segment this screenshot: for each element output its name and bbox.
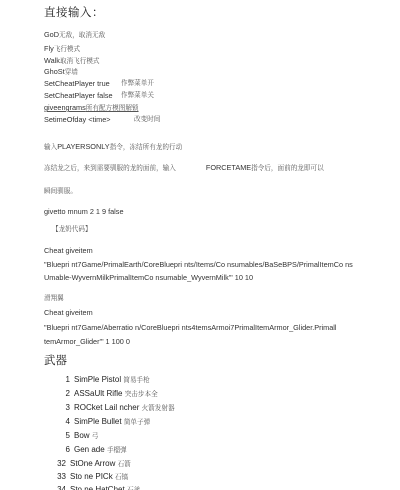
section-heading-weapons: 武器: [44, 353, 67, 367]
weapon-name: SimPle Pistol: [74, 375, 121, 384]
players-only-prefix: 输入: [44, 143, 57, 151]
weapon-list-item: 1SimPle Pistol 简易手枪: [62, 375, 150, 385]
weapon-name-cn: 简易手枪: [123, 376, 149, 384]
section-heading-direct-input: 直接输入：: [44, 5, 104, 19]
command-text: SetimeOfday <time>: [44, 115, 111, 124]
players-only-suffix: 指令，冻结所有龙的行动: [110, 143, 183, 151]
players-only-keyword: PLAYERSONLY: [57, 142, 109, 151]
weapon-name-cn: 石斧: [127, 486, 140, 490]
weapon-name: ROCket Lail ncher: [74, 403, 139, 412]
forcetame-instruction-line1: 冻结龙之后，来到需要驯服的龙的面前，输入FORCETAME指令后，面前的龙即可以: [44, 163, 324, 173]
wyvern-milk-code-line2: "Bluepri nt7Game/PrimalEarth/CoreBluepri…: [44, 260, 353, 269]
weapon-list-item: 34Sto ne HatChet 石斧: [56, 485, 140, 490]
wyvern-milk-label: 【龙奶代码】: [52, 224, 92, 234]
command-line-giveengrams: giveengrams所有配方模图解锁: [44, 103, 139, 113]
weapon-name: Sto ne PICk: [70, 472, 113, 481]
weapon-number: 1: [62, 375, 70, 385]
weapon-name-cn: 手榴弹: [107, 446, 127, 454]
weapon-number: 4: [62, 417, 70, 427]
heading-text: 武器: [44, 353, 67, 367]
command-text: SetCheatPlayer true: [44, 79, 110, 88]
weapon-name-cn: 石箭: [118, 460, 131, 468]
document-page: 直接输入： GoD无敌，取消无敌 Fly飞行模式 Walk取消飞行模式 GhoS…: [0, 0, 400, 490]
wyvern-milk-label-text: 【龙奶代码】: [52, 225, 92, 233]
weapon-name-cn: 石镐: [115, 473, 128, 481]
weapon-name-cn: 弓: [92, 432, 99, 440]
glider-title: 滑翔翼: [44, 293, 64, 303]
weapon-name: SimPle Bullet: [74, 417, 122, 426]
forcetame-part1: 冻结龙之后，来到需要驯服的龙的面前，输入: [44, 164, 176, 172]
forcetame-part2: 指令后，面前的龙即可以: [251, 164, 324, 172]
weapon-name-cn: 简单子弹: [124, 418, 150, 426]
wyvern-milk-code-line3: Umable-WyvernMilkPrimalItemCo nsumable_W…: [44, 273, 253, 282]
weapon-name: Gen ade: [74, 445, 105, 454]
weapon-number: 34: [56, 485, 66, 490]
heading-text: 直接输入：: [44, 5, 104, 19]
weapon-number: 6: [62, 445, 70, 455]
command-line-fly: Fly飞行模式: [44, 44, 80, 54]
weapon-name: ASSaUlt Rifle: [74, 389, 122, 398]
command-line-settimeofday: SetimeOfday <time>: [44, 115, 111, 124]
weapon-number: 33: [56, 472, 66, 482]
wyvern-milk-code-line1: Cheat giveitem: [44, 246, 93, 255]
code-text: Umable-WyvernMilkPrimalItemCo nsumable_W…: [44, 273, 253, 282]
forcetame-line2: 瞬间驯服。: [44, 187, 77, 195]
command-description: 飞行模式: [54, 45, 80, 53]
glider-code-line2: "Bluepri nt7Game/Aberratio n/CoreBluepri…: [44, 323, 337, 332]
command-description-cheat-on: 作弊菜单开: [121, 79, 154, 88]
command-line-god: GoD无敌，取消无敌: [44, 30, 105, 40]
players-only-instruction: 输入PLAYERSONLY指令，冻结所有龙的行动: [44, 142, 182, 152]
weapon-name-cn: 突击步本全: [125, 390, 158, 398]
weapon-number: 32: [56, 459, 66, 469]
code-text: temArmor_Glider'" 1 100 0: [44, 337, 130, 346]
weapon-name: StOne Arrow: [70, 459, 115, 468]
forcetame-keyword: FORCETAME: [206, 163, 251, 172]
command-text: GhoSt: [44, 67, 65, 76]
code-text: Cheat giveitem: [44, 246, 93, 255]
command-text: SetCheatPlayer false: [44, 91, 113, 100]
forcetame-instruction-line2: 瞬间驯服。: [44, 186, 77, 196]
command-text: GoD: [44, 30, 59, 39]
giveto-command: givetto mnum 2 1 9 false: [44, 207, 124, 216]
giveto-command-text: givetto mnum 2 1 9 false: [44, 207, 124, 216]
command-description: 取消飞行模式: [60, 57, 100, 65]
weapon-list-item: 4SimPle Bullet 简单子弹: [62, 417, 150, 427]
command-description: 所有配方模图解锁: [86, 104, 139, 112]
command-description-cheat-off: 作弊菜单关: [121, 91, 154, 100]
weapon-number: 3: [62, 403, 70, 413]
glider-code-line3: temArmor_Glider'" 1 100 0: [44, 337, 130, 346]
command-description: 无敌，取消无敌: [59, 31, 105, 39]
code-text: "Bluepri nt7Game/Aberratio n/CoreBluepri…: [44, 323, 337, 332]
code-text: Cheat giveitem: [44, 308, 93, 317]
weapon-number: 2: [62, 389, 70, 399]
weapon-name: Bow: [74, 431, 90, 440]
weapon-list-item: 32StOne Arrow 石箭: [56, 459, 131, 469]
glider-title-text: 滑翔翼: [44, 294, 64, 302]
code-text: "Bluepri nt7Game/PrimalEarth/CoreBluepri…: [44, 260, 353, 269]
command-line-walk: Walk取消飞行模式: [44, 56, 100, 66]
weapon-number: 5: [62, 431, 70, 441]
weapon-list-item: 3ROCket Lail ncher 火箭发射器: [62, 403, 175, 413]
command-line-setcheatplayer-false: SetCheatPlayer false: [44, 91, 113, 100]
command-description: 穿墙: [65, 68, 78, 76]
command-text: giveengrams: [44, 103, 86, 112]
weapon-list-item: 2ASSaUlt Rifle 突击步本全: [62, 389, 158, 399]
weapon-name-cn: 火箭发射器: [142, 404, 175, 412]
weapon-name: Sto ne HatChet: [70, 485, 125, 490]
command-text: Walk: [44, 56, 60, 65]
weapon-list-item: 6Gen ade 手榴弹: [62, 445, 127, 455]
command-line-setcheatplayer-true: SetCheatPlayer true: [44, 79, 110, 88]
weapon-list-item: 33Sto ne PICk 石镐: [56, 472, 128, 482]
command-text: Fly: [44, 44, 54, 53]
command-line-ghost: GhoSt穿墙: [44, 67, 78, 77]
glider-code-line1: Cheat giveitem: [44, 308, 93, 317]
command-description-time: 改变时间: [134, 115, 160, 124]
weapon-list-item: 5Bow 弓: [62, 431, 98, 441]
